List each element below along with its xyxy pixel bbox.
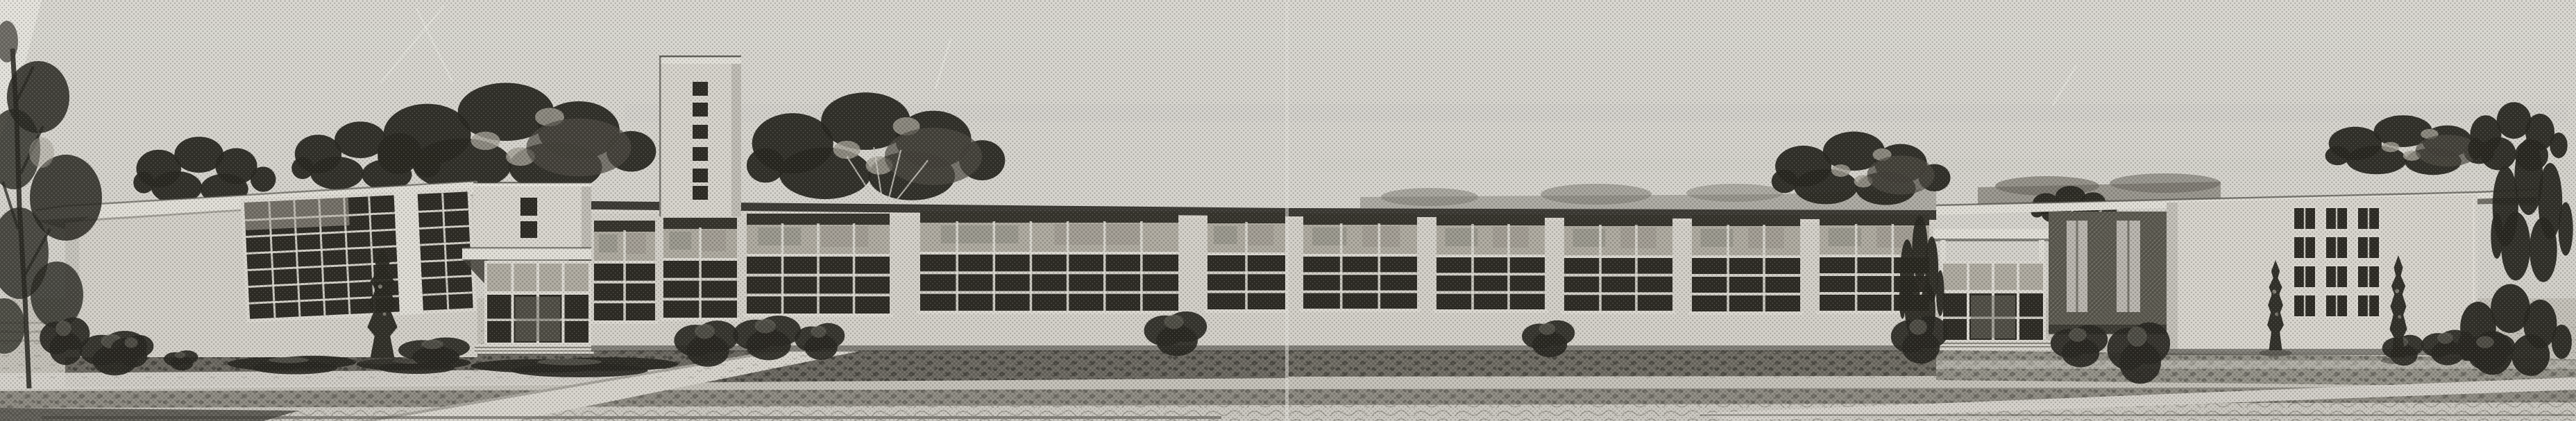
halftone-white-screen (0, 0, 2576, 421)
scanned-photo: Halftone newspaper scan: architect's ren… (0, 0, 2576, 421)
school-rendering-image: Halftone newspaper scan: architect's ren… (0, 0, 2576, 421)
